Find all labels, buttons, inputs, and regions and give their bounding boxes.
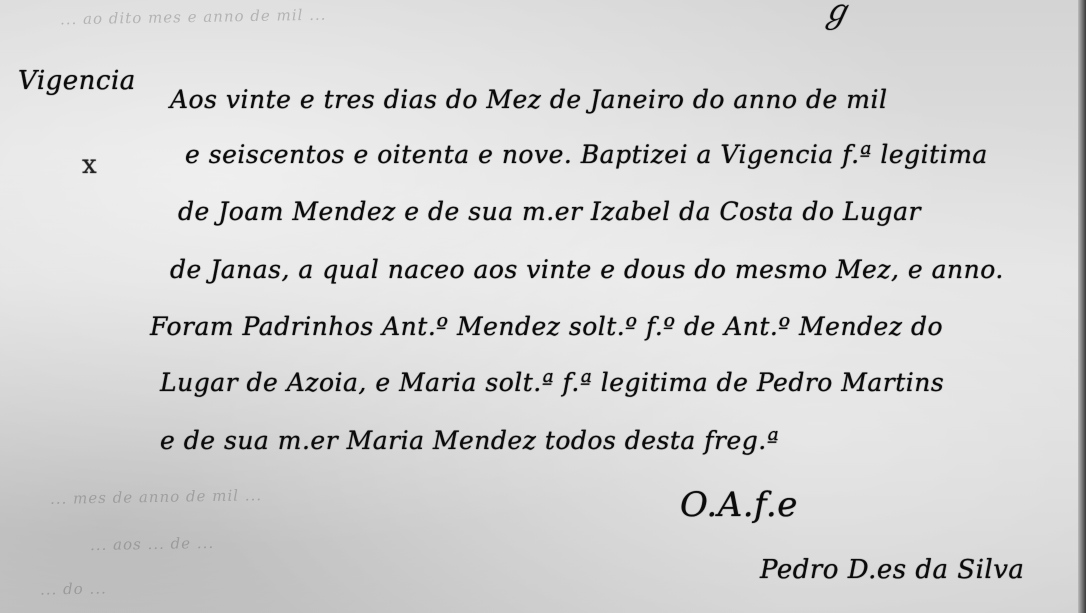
record-line-4: de Janas, a qual naceo aos vinte e dous … [170,255,1004,284]
page-edge [1078,0,1086,613]
record-line-3: de Joam Mendez e de sua m.er Izabel da C… [178,197,921,226]
signature-initials: O.A.f.e [680,485,798,525]
record-line-2: e seiscentos e oitenta e nove. Baptizei … [185,140,988,169]
top-flourish: ℊ [820,0,853,32]
record-line-5: Foram Padrinhos Ant.º Mendez solt.º f.º … [150,312,943,341]
record-line-6: Lugar de Azoia, e Maria solt.ª f.ª legit… [160,368,944,397]
bleed-through-text: ... do ... [40,579,107,598]
bleed-through-text: ... mes de anno de mil ... [50,486,262,508]
margin-name: Vigencia [18,66,136,96]
signature-name: Pedro D.es da Silva [760,555,1024,585]
bleed-through-text: ... ao dito mes e anno de mil ... [60,6,327,29]
record-line-1: Aos vinte e tres dias do Mez de Janeiro … [170,85,887,114]
manuscript-page: ... ao dito mes e anno de mil ... ... me… [0,0,1086,613]
margin-cross-mark: x [82,150,97,180]
bleed-through-text: ... aos ... de ... [90,534,214,554]
record-line-7: e de sua m.er Maria Mendez todos desta f… [160,426,779,455]
